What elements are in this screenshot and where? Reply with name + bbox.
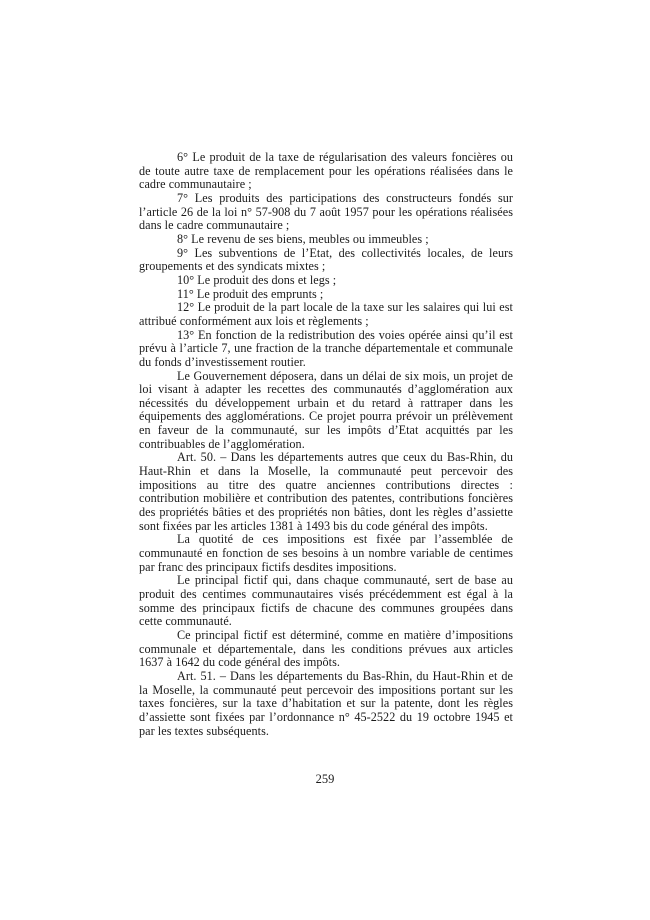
list-item-12: 12° Le produit de la part locale de la t… bbox=[139, 301, 513, 328]
list-item-8: 8° Le revenu de ses biens, meubles ou im… bbox=[139, 233, 513, 247]
paragraph-quotite: La quotité de ces impositions est fixée … bbox=[139, 533, 513, 574]
article-50-paragraph: Art. 50. – Dans les départements autres … bbox=[139, 451, 513, 533]
list-item-13: 13° En fonction de la redistribution des… bbox=[139, 329, 513, 370]
paragraph-principal-determine: Ce principal fictif est déterminé, comme… bbox=[139, 629, 513, 670]
list-item-6: 6° Le produit de la taxe de régularisati… bbox=[139, 151, 513, 192]
document-page: 6° Le produit de la taxe de régularisati… bbox=[0, 0, 650, 920]
page-number: 259 bbox=[0, 772, 650, 786]
text-block: 6° Le produit de la taxe de régularisati… bbox=[139, 151, 513, 738]
article-51-paragraph: Art. 51. – Dans les départements du Bas-… bbox=[139, 670, 513, 738]
list-item-7: 7° Les produits des participations des c… bbox=[139, 192, 513, 233]
list-item-9: 9° Les subventions de l’Etat, des collec… bbox=[139, 247, 513, 274]
paragraph-gouvernement: Le Gouvernement déposera, dans un délai … bbox=[139, 370, 513, 452]
list-item-11: 11° Le produit des emprunts ; bbox=[139, 288, 513, 302]
paragraph-principal-fictif: Le principal fictif qui, dans chaque com… bbox=[139, 574, 513, 629]
list-item-10: 10° Le produit des dons et legs ; bbox=[139, 274, 513, 288]
